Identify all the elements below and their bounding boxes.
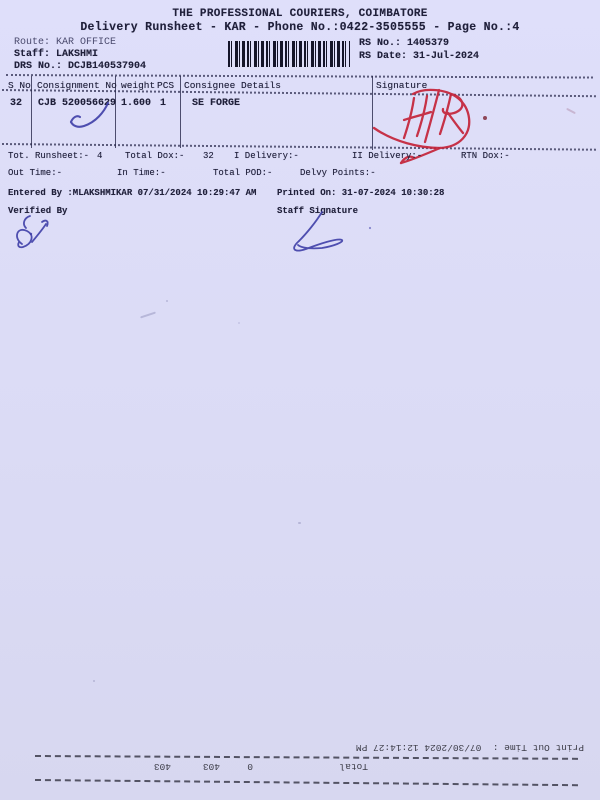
total-pod-label: Total POD:- [213,168,272,178]
page-title: THE PROFESSIONAL COURIERS, COIMBATORE [0,8,600,20]
tot-runsheet-value: 4 [97,151,102,161]
flipped-total-value-3: 403 [154,761,171,772]
flipped-total-label: Total [339,761,368,772]
dotted-separator [2,143,596,151]
consignment-tick-icon [50,99,114,135]
rs-no-value: 1405379 [407,38,449,49]
tot-runsheet-label: Tot. Runsheet:- [8,151,89,161]
drs-line: DRS No.: DCJB140537904 [14,61,146,72]
table-column-rule [31,76,32,148]
table-row-weight: 1.600 [121,98,151,109]
col-header-consignment: Consignment No [37,80,117,91]
route-line: Route: KAR OFFICE [14,37,116,48]
rs-date-line: RS Date: 31-Jul-2024 [359,51,479,62]
col-header-consignee: Consignee Details [184,80,281,91]
scanned-delivery-runsheet: THE PROFESSIONAL COURIERS, COIMBATORE De… [0,0,600,800]
printed-on-line: Printed On: 31-07-2024 10:30:28 [277,188,444,198]
flipped-print-out-time: Print Out Time : 07/30/2024 12:14:27 PM [338,741,584,753]
barcode-icon [228,41,350,67]
table-row-consignee: SE FORGE [192,98,240,109]
in-time-label: In Time:- [117,168,166,178]
route-value: KAR OFFICE [56,37,116,48]
col-header-pcs: PCS [157,80,174,91]
entered-by-line: Entered By :MLAKSHMIKAR 07/31/2024 10:29… [8,188,256,198]
rs-no-line: RS No.: 1405379 [359,38,449,49]
scan-speck [166,300,168,302]
scan-speck [566,108,576,114]
drs-label: DRS No.: [14,61,62,72]
scan-speck [93,680,95,682]
verified-signature-icon [8,210,56,256]
page-subtitle: Delivery Runsheet - KAR - Phone No.:0422… [0,21,600,34]
table-row-pcs: 1 [160,98,166,109]
staff-value: LAKSHMI [56,49,98,60]
flipped-total-value-2: 403 [203,761,220,772]
scan-speck [140,312,156,319]
staff-line: Staff: LAKSHMI [14,49,98,60]
total-dox-label: Total Dox:- [125,151,184,161]
flipped-total-row: Total 0 403 403 [140,760,368,772]
col-header-sno: S No [8,80,31,91]
rs-no-label: RS No.: [359,38,401,49]
dashed-separator [35,779,578,786]
flipped-total-value-1: 0 [247,761,253,772]
staff-signature-scribble-icon [284,208,384,256]
scan-speck [298,522,301,524]
ii-delivery-label: II Delivery:- [352,151,422,161]
table-column-rule [180,76,181,148]
delvy-points-label: Delvy Points:- [300,168,376,178]
total-dox-value: 32 [203,151,214,161]
i-delivery-label: I Delivery:- [234,151,299,161]
rs-date-label: RS Date: [359,51,407,62]
rs-date-value: 31-Jul-2024 [413,51,479,62]
col-header-weight: weight [121,80,155,91]
table-row-sno: 32 [10,98,22,109]
scan-speck [238,322,240,324]
out-time-label: Out Time:- [8,168,62,178]
dotted-separator [6,74,593,79]
rtn-dox-label: RTN Dox:- [461,151,510,161]
drs-value: DCJB140537904 [68,61,146,72]
staff-label: Staff: [14,49,50,60]
route-label: Route: [14,37,50,48]
